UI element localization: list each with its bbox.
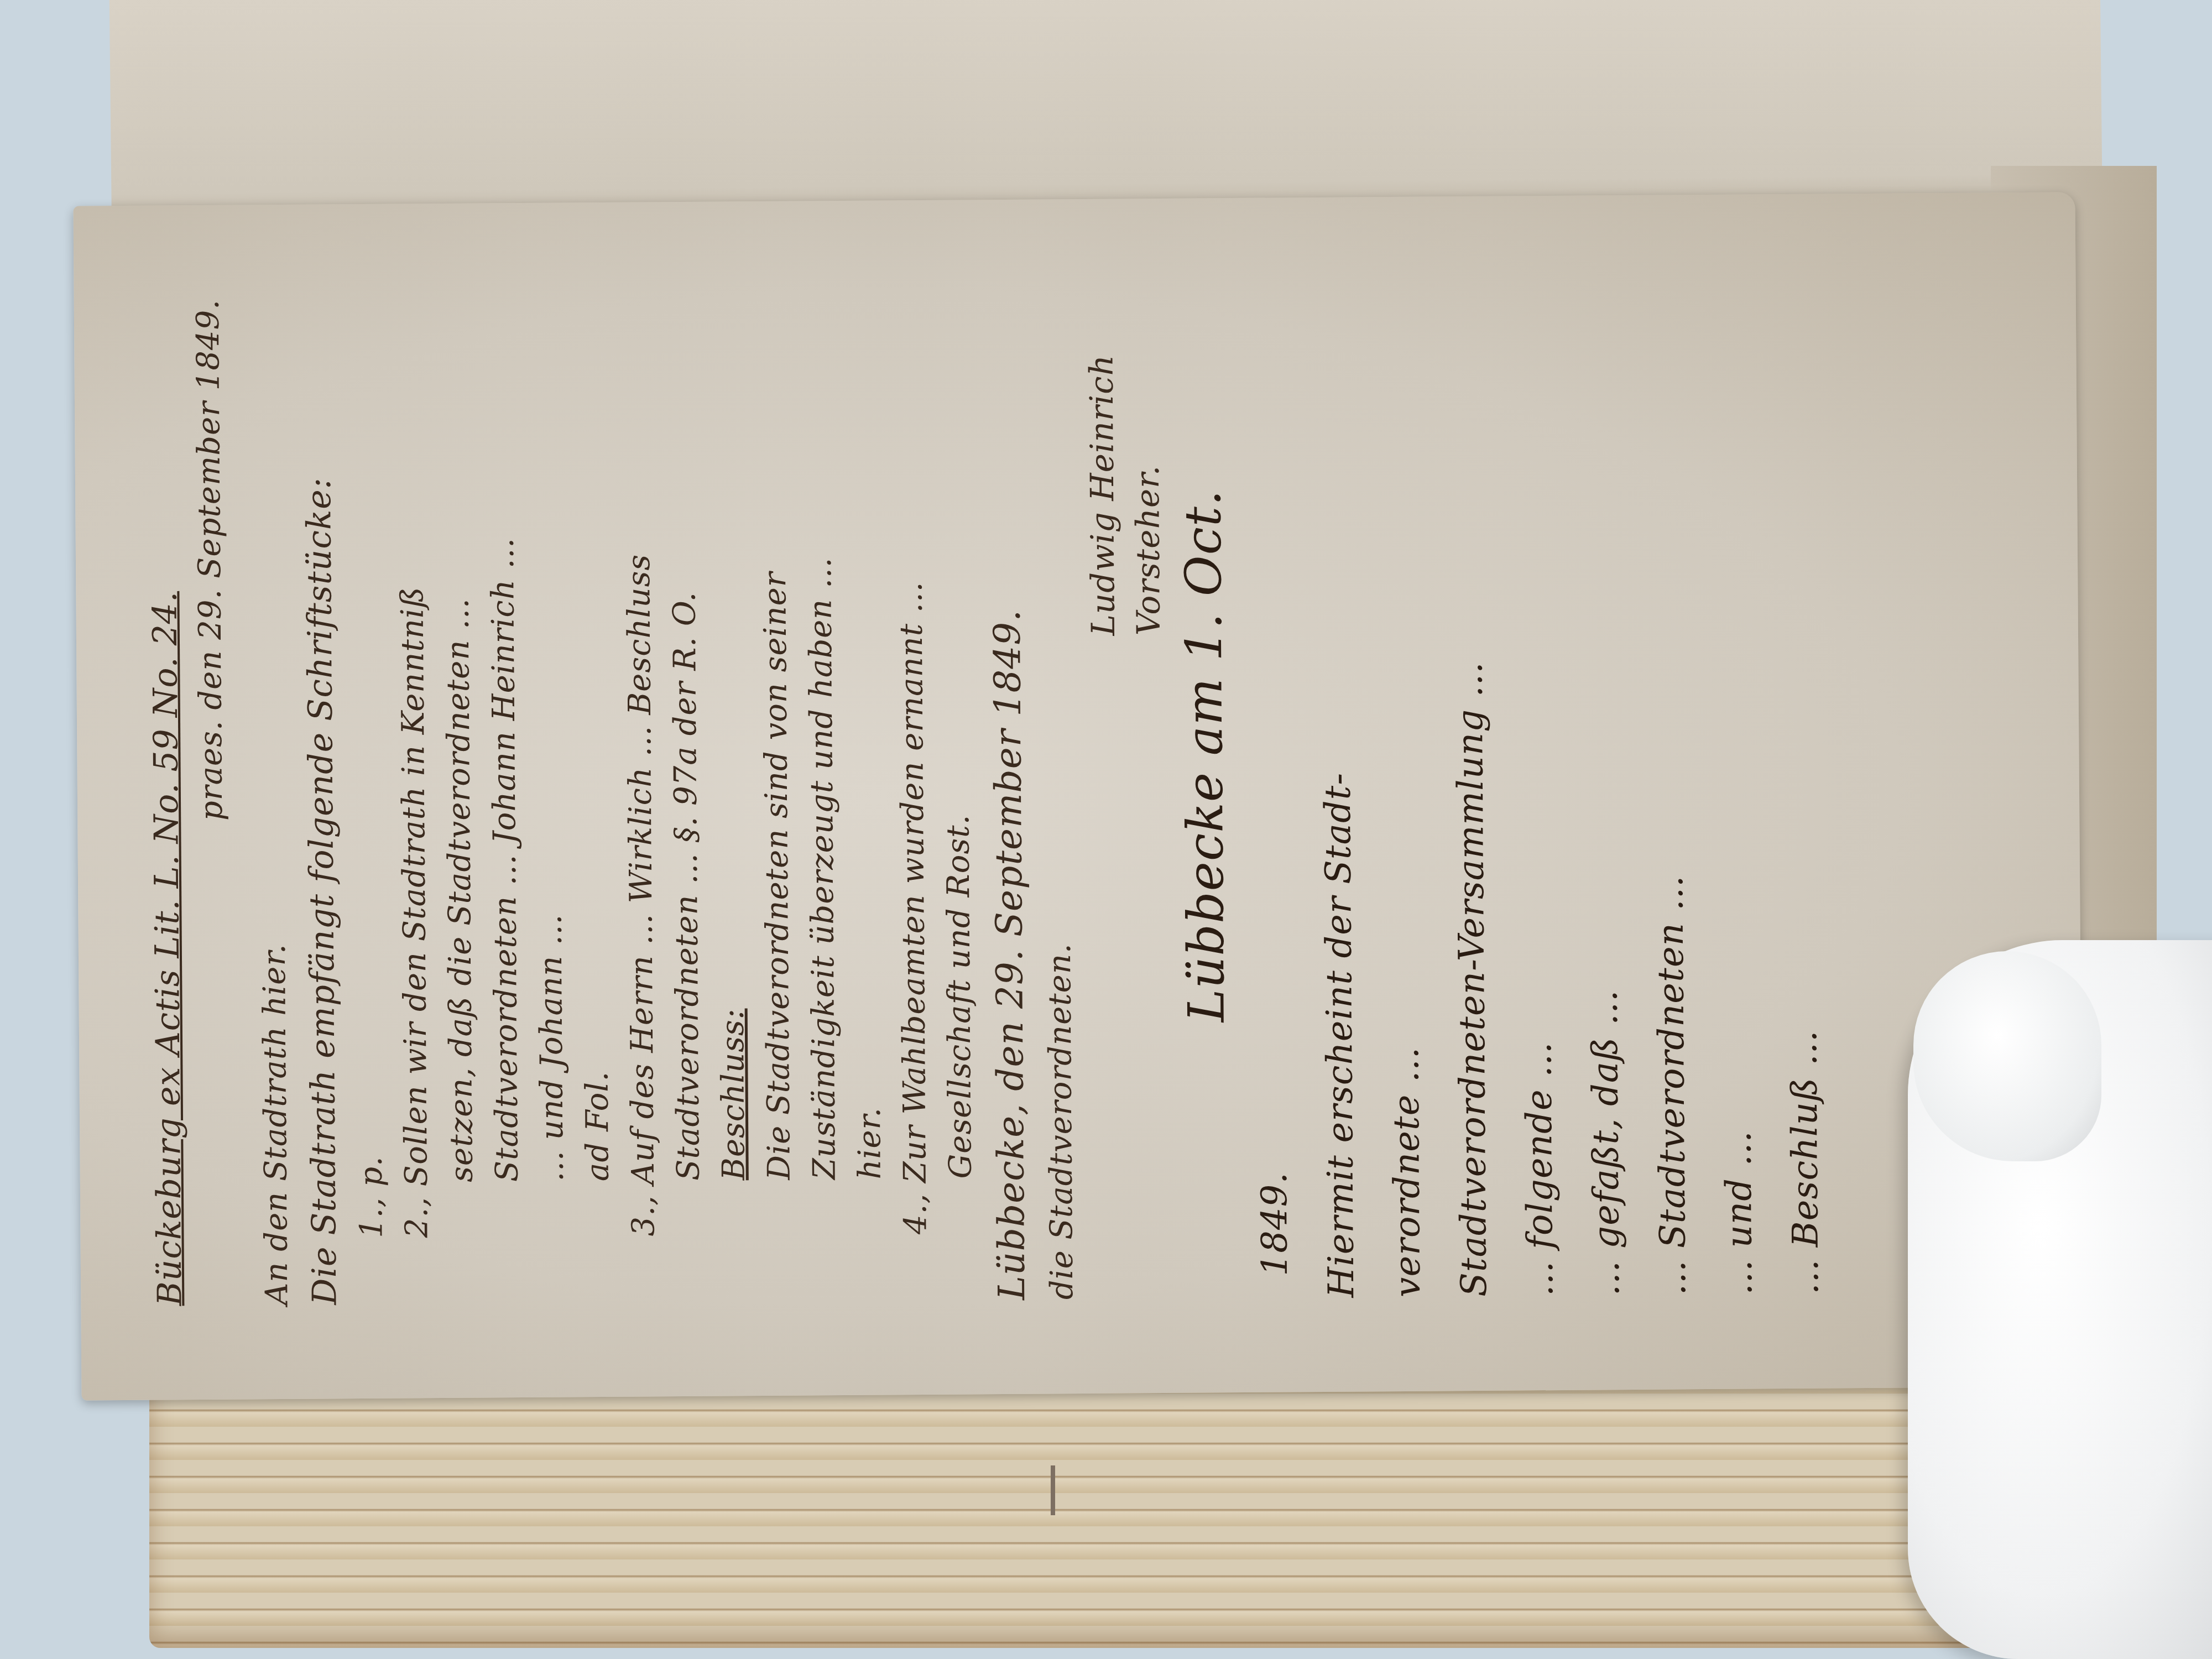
body-line: 3., Auf des Herrn ... Wirklich ... Besch… (615, 296, 667, 1303)
second-entry-line: ... Beschluß ... (1766, 288, 1840, 1295)
body-line: hier. (842, 294, 894, 1301)
body-line: 4., Zur Wahlbeamten wurden ernannt ... (887, 294, 940, 1301)
authority-line: die Stadtverordneten. (1033, 293, 1086, 1300)
body-line: setzen, daß die Stadtverordneten ... (434, 298, 486, 1305)
body-line: 1., p. (343, 298, 395, 1305)
body-line: An den Stadtrath hier. (248, 299, 300, 1306)
received-date: praes. den 29. September 1849. (186, 299, 238, 1306)
second-entry-line: ... folgende ... (1501, 290, 1574, 1297)
body-line: 2., Sollen wir den Stadtrath in Kenntniß (388, 298, 441, 1305)
second-entry-line: ... gefaßt, daß ... (1567, 289, 1641, 1296)
body-line: ad Fol. (570, 296, 622, 1303)
second-entry-year: 1849. (1235, 291, 1309, 1298)
second-entry-line: ... und ... (1700, 288, 1773, 1295)
signature-title: Vorsteher. (1124, 293, 1176, 1300)
body-line: Beschluss: (706, 295, 758, 1302)
document-title: Bückeburg ex Actis Lit. L. No. 59 No. 24… (140, 299, 193, 1306)
manuscript-page: Bückeburg ex Actis Lit. L. No. 59 No. 24… (74, 192, 2084, 1400)
body-line: Stadtverordneten ... §. 97a der R. O. (660, 296, 713, 1303)
gloved-thumb (1913, 951, 2101, 1161)
pencil-mark (1051, 1465, 1055, 1515)
rotated-text-block: Bückeburg ex Actis Lit. L. No. 59 No. 24… (74, 209, 2017, 1384)
second-entry-line: Hiermit erscheint der Stadt- (1302, 291, 1375, 1298)
body-line: Zuständigkeit überzeugt und haben ... (796, 295, 849, 1302)
place-date-line: Lübbecke, den 29. September 1849. (978, 294, 1040, 1301)
body-line: Stadtverordneten ... Johann Heinrich ... (479, 297, 531, 1304)
signature-name: Ludwig Heinrich (1078, 293, 1131, 1300)
body-line: Gesellschaft und Rost. (932, 294, 985, 1301)
body-line: Die Stadtrath empfängt folgende Schrifts… (293, 298, 350, 1305)
page-stack-edges (149, 1360, 2074, 1648)
body-line: Die Stadtverordneten sind von seiner (751, 295, 804, 1302)
second-entry-line: Stadtverordneten-Versammlung ... (1434, 290, 1508, 1297)
second-entry-line: verordnete ... (1368, 290, 1442, 1297)
second-entry-place-date: Lübbecke am 1. Oct. (1169, 292, 1243, 1299)
second-entry-line: ... Stadtverordneten ... (1634, 289, 1707, 1296)
body-line: ... und Johann ... (524, 296, 577, 1303)
